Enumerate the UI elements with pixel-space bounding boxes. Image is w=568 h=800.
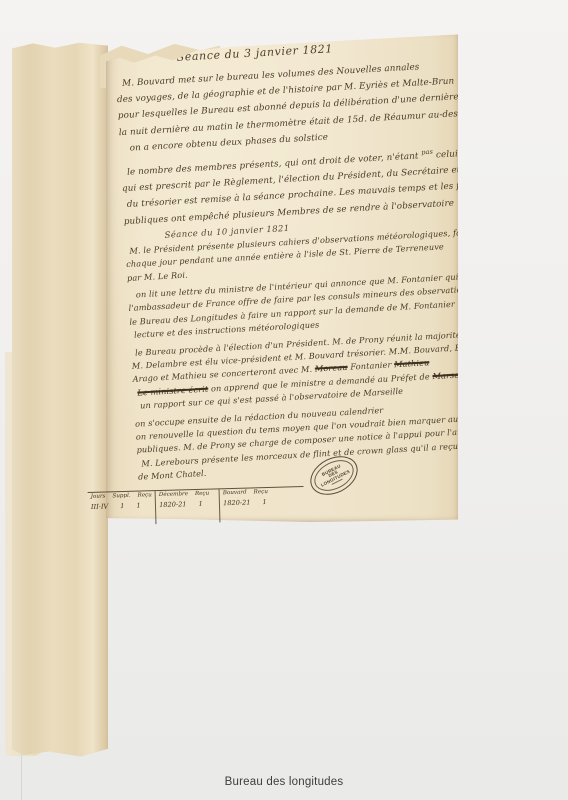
tally-value: 1820-21 [159,500,187,510]
archive-scan: Séance du 3 janvier 1821 M. Bouvard met … [0,0,568,800]
tally-header: Reçu [138,492,152,499]
struck-word: Mathieu [394,358,430,370]
tally-header: Décembre [159,491,188,499]
tally-value: 1820-21 [223,498,251,508]
tally-header: Reçu [254,489,268,496]
tally-value: 1 [136,502,140,511]
photo-caption: Bureau des longitudes [0,776,568,788]
tally-group: Décembre Reçu 1820-21 1 [155,489,220,524]
tally-table: Jours Suppl. Reçu III·IV 1 1 Décembre Re… [88,486,305,526]
line-segment: celui [433,149,458,160]
manuscript-page: Séance du 3 janvier 1821 M. Bouvard met … [106,34,458,522]
tally-header: Bouvard [223,490,247,498]
struck-word: Marseille [432,369,458,381]
tally-header: Jours [91,494,106,501]
struck-word: Le ministre écrit [137,383,208,397]
tally-header: Reçu [195,491,209,498]
tally-value: III·IV [91,502,109,511]
tally-group: Jours Suppl. Reçu III·IV 1 1 [88,491,156,526]
tally-header: Suppl. [112,493,130,501]
folio-fold-strip [12,42,108,758]
tally-value: 1 [262,498,266,507]
struck-word: Moreau [315,362,348,374]
tally-group: Bouvard Reçu 1820-21 1 [219,487,305,522]
tally-value: 1 [120,502,124,511]
manuscript-text: Séance du 3 janvier 1821 M. Bouvard met … [113,34,458,484]
superscript-insertion: pas [421,148,433,157]
line-segment: Fontanier [347,360,394,373]
second-seance-block: M. le Président présente plusieurs cahie… [125,225,458,485]
tally-value: 1 [198,500,202,509]
